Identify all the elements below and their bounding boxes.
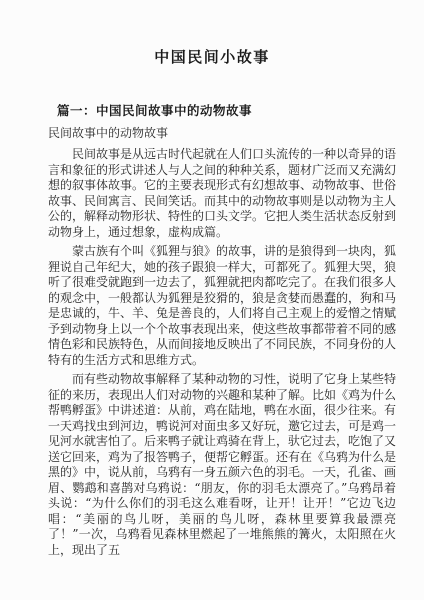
document-page: 中国民间小故事 篇一：中国民间故事中的动物故事 民间故事中的动物故事 民间故事是… [0, 0, 424, 600]
document-body: 篇一：中国民间故事中的动物故事 民间故事中的动物故事 民间故事是从远古时代起就在… [48, 104, 396, 558]
paragraph: 民间故事是从远古时代起就在人们口头流传的一种以奇异的语言和象征的形式讲述人与人之… [48, 147, 396, 240]
paragraph: 蒙古族有个叫《狐狸与狼》的故事，讲的是狼得到一块肉，狐狸说自己年纪大，她的孩子跟… [48, 244, 396, 368]
paragraph-list: 民间故事是从远古时代起就在人们口头流传的一种以奇异的语言和象征的形式讲述人与人之… [48, 147, 396, 558]
section-heading: 篇一：中国民间故事中的动物故事 [48, 104, 396, 118]
paragraph: 而有些动物故事解释了某种动物的习性，说明了它身上某些特征的来历，表现出人们对动物… [48, 372, 396, 558]
subheading: 民间故事中的动物故事 [48, 126, 396, 140]
document-title: 中国民间小故事 [0, 47, 424, 67]
